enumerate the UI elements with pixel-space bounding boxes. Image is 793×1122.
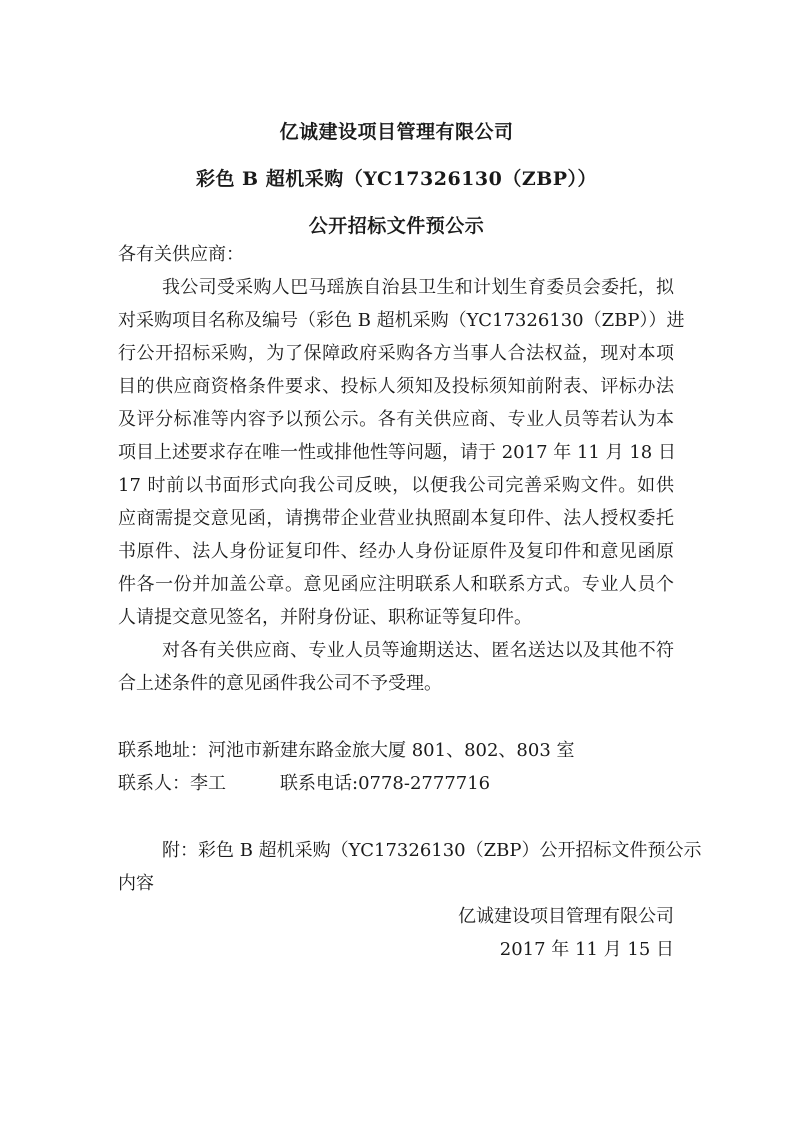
paragraph-line: 应商需提交意见函，请携带企业营业执照副本复印件、法人授权委托 xyxy=(118,508,674,530)
paragraph-line: 件各一份并加盖公章。意见函应注明联系人和联系方式。专业人员个 xyxy=(118,574,674,596)
attachment-line: 附：彩色 B 超机采购（YC17326130（ZBP）公开招标文件预公示 xyxy=(162,840,674,862)
paragraph-line: 对各有关供应商、专业人员等逾期送达、匿名送达以及其他不符 xyxy=(162,640,674,662)
signature-date: 2017 年 11 月 15 日 xyxy=(118,939,674,961)
contact-person-phone: 联系人：李工联系电话:0778-2777716 xyxy=(118,773,674,795)
address-label: 联系地址： xyxy=(118,740,208,761)
paragraph-line: 我公司受采购人巴马瑶族自治县卫生和计划生育委员会委托，拟 xyxy=(162,277,674,299)
salutation: 各有关供应商： xyxy=(118,244,674,266)
contact-address: 联系地址：河池市新建东路金旅大厦 801、802、803 室 xyxy=(118,740,674,762)
attachment-line: 内容 xyxy=(118,873,674,895)
phone-label: 联系电话: xyxy=(280,773,358,794)
document-page: 亿诚建设项目管理有限公司 彩色 B 超机采购（YC17326130（ZBP）） … xyxy=(0,0,793,1122)
company-title: 亿诚建设项目管理有限公司 xyxy=(0,117,793,144)
paragraph-line: 目的供应商资格条件要求、投标人须知及投标须知前附表、评标办法 xyxy=(118,376,674,398)
paragraph-line: 17 时前以书面形式向我公司反映，以便我公司完善采购文件。如供 xyxy=(118,475,674,497)
signature-company: 亿诚建设项目管理有限公司 xyxy=(118,906,674,928)
paragraph-line: 对采购项目名称及编号（彩色 B 超机采购（YC17326130（ZBP））进 xyxy=(118,310,674,332)
address-value: 河池市新建东路金旅大厦 801、802、803 室 xyxy=(208,740,575,761)
paragraph-line: 行公开招标采购，为了保障政府采购各方当事人合法权益，现对本项 xyxy=(118,343,674,365)
notice-title: 公开招标文件预公示 xyxy=(0,211,793,238)
person-value: 李工 xyxy=(190,773,226,794)
project-title: 彩色 B 超机采购（YC17326130（ZBP）） xyxy=(0,164,793,191)
paragraph-line: 书原件、法人身份证复印件、经办人身份证原件及复印件和意见函原 xyxy=(118,541,674,563)
paragraph-line: 合上述条件的意见函件我公司不予受理。 xyxy=(118,673,674,695)
paragraph-line: 项目上述要求存在唯一性或排他性等问题，请于 2017 年 11 月 18 日 xyxy=(118,442,674,464)
paragraph-line: 人请提交意见签名，并附身份证、职称证等复印件。 xyxy=(118,607,674,629)
paragraph-line: 及评分标准等内容予以预公示。各有关供应商、专业人员等若认为本 xyxy=(118,409,674,431)
person-label: 联系人： xyxy=(118,773,190,794)
phone-value: 0778-2777716 xyxy=(358,773,490,794)
